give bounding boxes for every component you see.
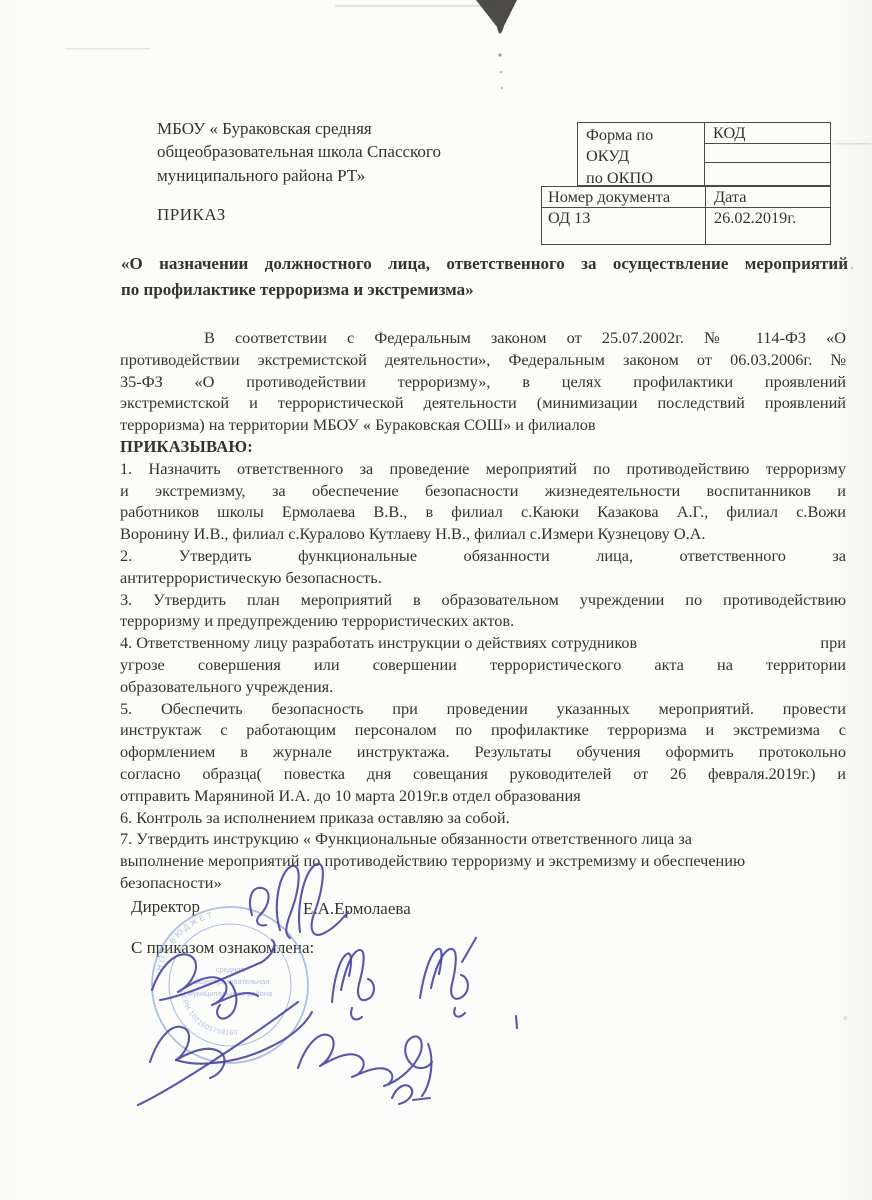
item-2-line: антитеррористическую безопасность. <box>120 567 846 589</box>
item-1-line: и экстремизму, за обеспечение безопаснос… <box>120 480 846 502</box>
director-role-label: Директор <box>131 897 200 917</box>
form-code-table: Форма по ОКУД по ОКПО КОД <box>577 122 831 186</box>
code-empty-cell <box>705 144 830 163</box>
date-value-cell: 26.02.2019г. <box>706 208 830 244</box>
item-3-line: 3. Утвердить план мероприятий в образова… <box>120 589 846 611</box>
form-label-cell: Форма по ОКУД по ОКПО <box>578 123 705 185</box>
intro-line: противодействии экстремистской деятельно… <box>120 349 846 371</box>
acknowledgement-signature <box>298 1035 432 1104</box>
item-7-line: выполнение мероприятий по противодействи… <box>120 850 846 872</box>
item-3-line: терроризму и предупреждению террористиче… <box>120 610 846 632</box>
date-header-cell: Дата <box>706 187 830 208</box>
item-1-line: работников школы Ермолаева В.В., в филиа… <box>120 501 846 523</box>
form-label-line: по ОКПО <box>586 167 704 188</box>
item-5-line: отправить Маряниной И.А. до 10 марта 201… <box>120 785 846 807</box>
org-name-line: общеобразовательная школа Спасского <box>157 140 597 163</box>
item-1-line: Воронину И.В., филиал с.Куралово Кутлаев… <box>120 523 846 545</box>
item-6-line: 6. Контроль за исполнением приказа остав… <box>120 807 846 829</box>
item-4-line-left: 4. Ответственному лицу разработать инстр… <box>120 632 637 654</box>
item-7-line: 7. Утвердить инструкцию « Функциональные… <box>120 828 846 850</box>
intro-line: 35-ФЗ «О противодействии терроризму», в … <box>120 371 846 393</box>
document-body: В соответствии с Федеральным законом от … <box>120 327 846 894</box>
org-name-line: МБОУ « Бураковская средняя <box>157 117 597 140</box>
item-5-line: согласно образца( повестка дня совещания… <box>120 763 846 785</box>
intro-line: экстремистской и террористической деятел… <box>120 392 846 414</box>
scanned-order-document: МБОУ « Бураковская средняя общеобразоват… <box>0 0 872 1200</box>
form-label-line: Форма по <box>586 124 704 145</box>
acknowledgement-signature <box>332 950 374 1019</box>
org-name-line: муниципального района РТ» <box>157 164 597 187</box>
subject-line: «О назначении должностного лица, ответст… <box>121 251 848 277</box>
stamp-center-line: муниципального района <box>188 989 273 998</box>
svg-text:ОГРН 1021605758160: ОГРН 1021605758160 <box>178 990 238 1037</box>
number-header-cell: Номер документа <box>542 187 706 208</box>
item-4-line: 4. Ответственному лицу разработать инстр… <box>120 632 846 654</box>
item-5-line: инструктаж с работающим персоналом по пр… <box>120 719 846 741</box>
subject-line: по профилактике терроризма и экстремизма… <box>121 277 848 303</box>
director-name: Е.А.Ермолаева <box>303 899 411 919</box>
acknowledgement-label: С приказом ознакомлена: <box>131 938 314 958</box>
code-header-cell: КОД <box>705 123 830 144</box>
item-1-line: 1. Назначить ответственного за проведени… <box>120 458 846 480</box>
scan-artifact-top <box>335 0 517 89</box>
item-4-line: угрозе совершения или совершении террори… <box>120 654 846 676</box>
stamp-center-line: общеобразовательная <box>191 977 270 986</box>
resolve-heading: ПРИКАЗЫВАЮ: <box>120 436 846 458</box>
intro-line: терроризма) на территории МБОУ « Бураков… <box>120 414 846 436</box>
document-type-label: ПРИКАЗ <box>157 205 226 225</box>
stamp-arc-text: ОГРН 1021605758160 <box>178 990 238 1037</box>
stamp-center-line: средняя <box>216 965 245 974</box>
item-5-line: 5. Обеспечить безопасность при проведени… <box>120 698 846 720</box>
code-empty-cell <box>705 163 830 185</box>
item-2-line: 2. Утвердить функциональные обязанности … <box>120 545 846 567</box>
number-value-cell: ОД 13 <box>542 208 706 244</box>
number-date-table: Номер документа Дата ОД 13 26.02.2019г. <box>541 186 831 245</box>
school-round-stamp: НОЕ БЮДЖЕТ ОГРН 1021605758160 средняя об… <box>152 907 308 1063</box>
org-name-block: МБОУ « Бураковская средняя общеобразоват… <box>157 117 597 187</box>
item-7-line: безопасности» <box>120 872 846 894</box>
item-4-line-right: при <box>820 632 846 654</box>
ink-dot-mark <box>516 1016 517 1028</box>
form-label-line: ОКУД <box>586 145 704 166</box>
intro-line: В соответствии с Федеральным законом от … <box>120 327 846 349</box>
acknowledgement-signature <box>138 1002 312 1105</box>
item-4-line: образовательного учреждения. <box>120 676 846 698</box>
item-5-line: оформлением в журнале инструктажа. Резул… <box>120 741 846 763</box>
acknowledgement-signature <box>420 938 476 1017</box>
order-subject: «О назначении должностного лица, ответст… <box>121 251 848 302</box>
